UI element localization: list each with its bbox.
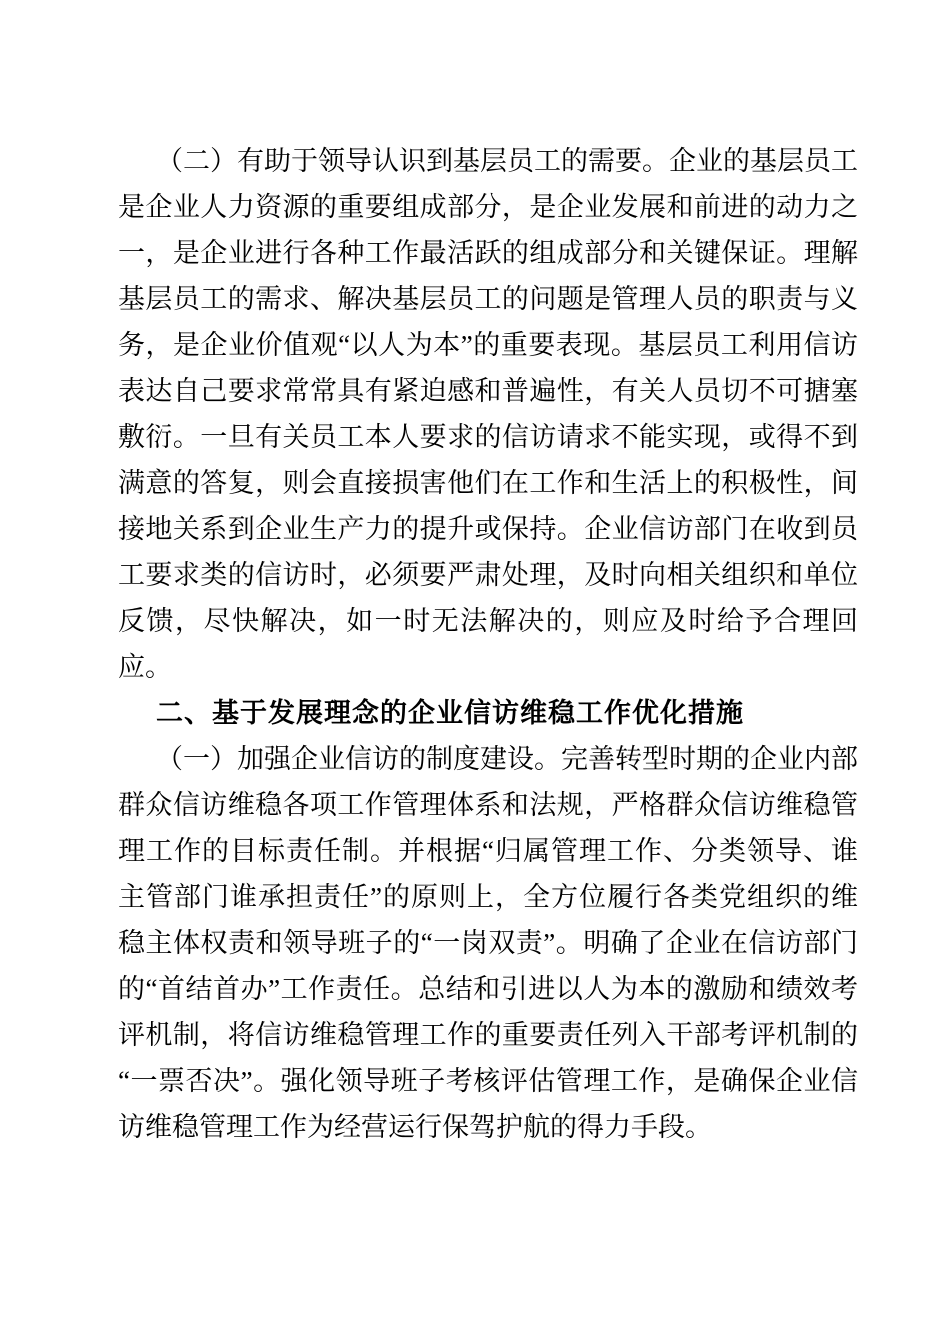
paragraph-system-construction: （一）加强企业信访的制度建设。完善转型时期的企业内部群众信访维稳各项工作管理体系… xyxy=(118,736,858,1150)
paragraph-2-body-text: 完善转型时期的企业内部群众信访维稳各项工作管理体系和法规，严格群众信访维稳管理工… xyxy=(118,744,858,1142)
paragraph-2-lead-sentence: （一）加强企业信访的制度建设。 xyxy=(156,744,561,774)
paragraph-1-lead-sentence: （二）有助于领导认识到基层员工的需要。 xyxy=(156,146,669,176)
paragraph-1-body-text: 企业的基层员工是企业人力资源的重要组成部分，是企业发展和前进的动力之一，是企业进… xyxy=(118,146,858,682)
paragraph-basic-employees-needs: （二）有助于领导认识到基层员工的需要。企业的基层员工是企业人力资源的重要组成部分… xyxy=(118,138,858,690)
document-content: （二）有助于领导认识到基层员工的需要。企业的基层员工是企业人力资源的重要组成部分… xyxy=(118,138,858,1150)
section-heading-optimization-measures: 二、基于发展理念的企业信访维稳工作优化措施 xyxy=(118,690,858,736)
document-page: （二）有助于领导认识到基层员工的需要。企业的基层员工是企业人力资源的重要组成部分… xyxy=(0,0,950,1344)
